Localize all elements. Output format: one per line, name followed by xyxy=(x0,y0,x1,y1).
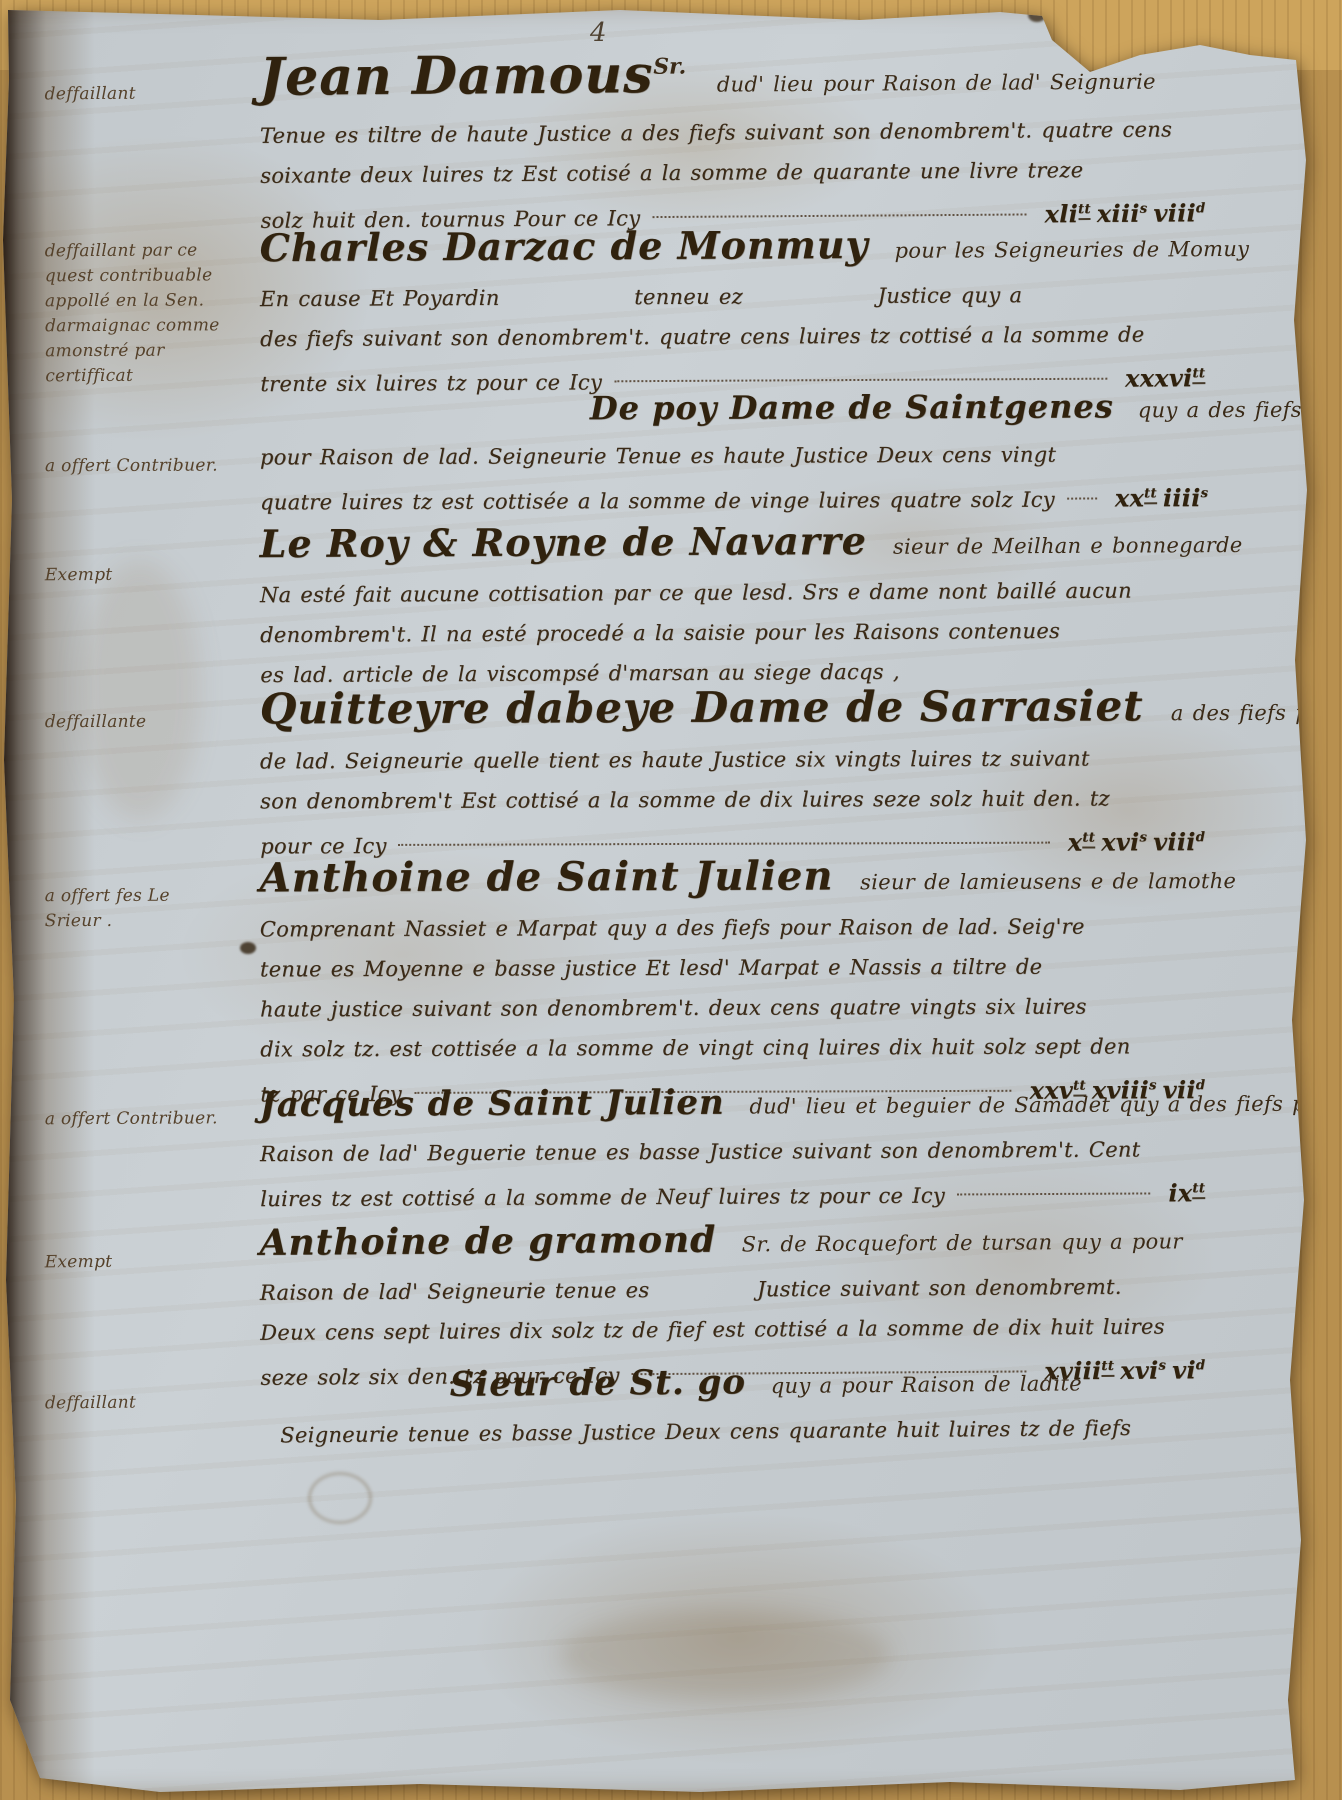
margin-note-line: deffaillant xyxy=(45,1390,257,1417)
entry-heading: Le Roy & Royne de Navarre xyxy=(260,518,867,566)
dotted-leader xyxy=(957,1192,1150,1195)
entry-heading-continuation: quy a pour Raison de ladite xyxy=(771,1371,1082,1398)
entry-heading-continuation: dud' lieu et beguier de Samadet quy a de… xyxy=(749,1092,1325,1119)
margin-annotation: a offert Contribuer. xyxy=(45,453,257,479)
margin-note-line: darmaignac comme xyxy=(45,313,257,339)
entry-text-line: dix solz tz. est cottisée a la somme de … xyxy=(260,1026,1205,1069)
entry-total-line: quatre luires tz est cottisée a la somme… xyxy=(260,474,1205,522)
entry-heading-continuation: sieur de lamieusens e de lamothe xyxy=(860,869,1236,894)
entry-heading-row: Charles Darzac de Monmuy pour les Seigne… xyxy=(260,223,1205,269)
entry-heading: Anthoine de Saint Julien xyxy=(260,852,834,901)
entry-heading-row: De poy Dame de Saintgenes quy a des fief… xyxy=(260,390,1205,427)
register-entry: deffaillant par ce quest contribuable ap… xyxy=(45,223,1286,405)
entry-text-line: des fiefs suivant son denombrem't. quatr… xyxy=(260,314,1205,359)
entry-text-line: Deux cens sept luires dix solz tz de fie… xyxy=(260,1306,1205,1353)
margin-annotation: deffaillant par ce quest contribuable ap… xyxy=(45,238,258,389)
margin-note-line: Srieur . xyxy=(45,908,257,934)
entry-total-text: luires tz est cottisé a la somme de Neuf… xyxy=(260,1175,945,1219)
margin-annotation: deffaillant xyxy=(45,1390,257,1417)
entry-heading-continuation: pour les Seigneuries de Momuy xyxy=(895,237,1250,263)
entry-text-line: son denombrem't Est cottisé a la somme d… xyxy=(260,778,1205,821)
dotted-leader xyxy=(1067,497,1097,499)
entry-heading-row: Quitteyre dabeye Dame de Sarrasiet a des… xyxy=(260,684,1205,731)
entry-heading-continuation: Sr. de Rocquefort de tursan quy a pour xyxy=(742,1229,1183,1256)
margin-annotation: Exempt xyxy=(45,1249,257,1275)
dotted-leader xyxy=(614,378,1107,383)
margin-annotation: a offert Contribuer. xyxy=(45,1106,257,1132)
entry-heading-row: Jacques de Saint Julien dud' lieu et beg… xyxy=(260,1083,1205,1124)
entry-heading: Jacques de Saint Julien xyxy=(260,1083,725,1125)
entry-heading-row: Jean DamousSr. dud' lieu pour Raison de … xyxy=(259,44,1204,105)
margin-note-line: a offert fes Le xyxy=(45,883,257,909)
handwritten-content: 4 deffaillant Jean DamousSr. dud' lieu p… xyxy=(0,0,1342,1800)
entry-heading-continuation: sieur de Meilhan e bonnegarde xyxy=(893,533,1243,559)
entry-heading-row: Anthoine de Saint Julien sieur de lamieu… xyxy=(260,854,1205,899)
dotted-leader xyxy=(652,213,1026,218)
register-entry: a offert Contribuer. Jacques de Saint Ju… xyxy=(45,1083,1286,1220)
margin-annotation: a offert fes Le Srieur . xyxy=(45,883,257,934)
register-entry: deffaillante Quitteyre dabeye Dame de Sa… xyxy=(45,684,1286,867)
entry-heading-row: Sieur de St. go quy a pour Raison de lad… xyxy=(260,1361,1205,1405)
paper-sheet-wrap: 4 deffaillant Jean DamousSr. dud' lieu p… xyxy=(0,0,1342,1800)
register-entry: a offert fes Le Srieur . Anthoine de Sai… xyxy=(45,854,1286,1115)
margin-note-line: deffaillant par ce xyxy=(45,238,257,264)
entry-body: Quitteyre dabeye Dame de Sarrasiet a des… xyxy=(260,684,1206,866)
entry-text-line: Na esté fait aucune cottisation par ce q… xyxy=(260,570,1205,615)
entry-heading-row: Anthoine de gramond Sr. de Rocquefort de… xyxy=(259,1218,1204,1262)
entry-heading: Quitteyre dabeye Dame de Sarrasiet xyxy=(260,681,1144,733)
register-entry: deffaillant Jean DamousSr. dud' lieu pou… xyxy=(44,44,1285,242)
entry-body: Charles Darzac de Monmuy pour les Seigne… xyxy=(260,223,1206,404)
margin-note-line: a offert Contribuer. xyxy=(45,453,257,479)
margin-annotation: deffaillante xyxy=(45,709,257,735)
entry-heading: Charles Darzac de Monmuy xyxy=(260,222,869,270)
entry-heading-continuation: dud' lieu pour Raison de lad' Seignurie xyxy=(717,70,1156,97)
entry-text-line: Seigneurie tenue es basse Justice Deux c… xyxy=(260,1407,1205,1455)
entry-text-line: de lad. Seigneurie quelle tient es haute… xyxy=(260,738,1205,781)
entry-text-line: denombrem't. Il na esté procedé a la sai… xyxy=(260,610,1205,655)
margin-annotation: deffaillant xyxy=(45,81,257,107)
entry-text-line: tenue es Moyenne e basse justice Et lesd… xyxy=(260,946,1205,989)
register-entry: deffaillant Sieur de St. go quy a pour R… xyxy=(45,1361,1286,1458)
entry-amount: ixtt xyxy=(1162,1169,1205,1213)
entry-text-line: soixante deux luires tz Est cotisé a la … xyxy=(260,149,1205,196)
entry-text-line: haute justice suivant son denombrem't. d… xyxy=(260,986,1205,1029)
paper-sheet: 4 deffaillant Jean DamousSr. dud' lieu p… xyxy=(0,0,1342,1800)
margin-note-line: a offert Contribuer. xyxy=(45,1106,257,1132)
entry-text-line: Tenue es tiltre de haute Justice a des f… xyxy=(260,109,1205,156)
dotted-leader xyxy=(399,842,1050,846)
entry-body: Jacques de Saint Julien dud' lieu et beg… xyxy=(260,1083,1206,1219)
register-entry: a offert Contribuer. De poy Dame de Sain… xyxy=(45,390,1285,523)
entry-heading: Sieur de St. go xyxy=(450,1362,747,1405)
entry-text-line: Raison de lad' Beguerie tenue es basse J… xyxy=(260,1129,1205,1174)
entry-heading: Jean Damous xyxy=(259,44,653,108)
entry-text-line: Comprenant Nassiet e Marpat quy a des fi… xyxy=(260,906,1205,949)
margin-note-line: Exempt xyxy=(45,562,257,588)
margin-annotation: Exempt xyxy=(45,562,257,588)
register-entry: Exempt Le Roy & Royne de Navarre sieur d… xyxy=(45,519,1286,696)
manuscript-photo: 4 deffaillant Jean DamousSr. dud' lieu p… xyxy=(0,0,1342,1800)
margin-note-line: amonstré par certifficat xyxy=(45,338,257,389)
entry-body: Jean DamousSr. dud' lieu pour Raison de … xyxy=(259,44,1205,240)
entry-body: De poy Dame de Saintgenes quy a des fief… xyxy=(260,390,1205,522)
entry-amount: xxttiiiis xyxy=(1109,474,1209,518)
entry-heading: Anthoine de gramond xyxy=(259,1219,716,1264)
margin-note-line: deffaillante xyxy=(45,709,257,735)
entry-text-line: pour Raison de lad. Seigneurie Tenue es … xyxy=(260,434,1205,477)
entry-total-line: luires tz est cottisé a la somme de Neuf… xyxy=(260,1169,1205,1219)
entry-body: Le Roy & Royne de Navarre sieur de Meilh… xyxy=(260,519,1206,695)
entry-heading-continuation: a des fiefs po. Raison xyxy=(1171,700,1342,725)
entry-heading-row: Le Roy & Royne de Navarre sieur de Meilh… xyxy=(260,519,1205,565)
margin-note-line: deffaillant xyxy=(45,81,257,107)
entry-heading: De poy Dame de Saintgenes xyxy=(590,387,1114,427)
entry-heading-superscript: Sr. xyxy=(653,54,686,80)
entry-total-text: quatre luires tz est cottisée a la somme… xyxy=(260,479,1055,522)
margin-note-line: appollé en la Sen. xyxy=(45,288,257,314)
margin-note-line: quest contribuable xyxy=(45,263,257,289)
entry-text-line: En cause Et Poyardin tenneu ez Justice q… xyxy=(260,274,1205,319)
entry-text-line: Raison de lad' Seigneurie tenue es Justi… xyxy=(260,1266,1205,1313)
margin-note-line: Exempt xyxy=(45,1249,257,1275)
entry-body: Anthoine de Saint Julien sieur de lamieu… xyxy=(260,854,1206,1114)
entry-heading-continuation: quy a des fiefs xyxy=(1138,398,1302,423)
entry-body: Sieur de St. go quy a pour Raison de lad… xyxy=(260,1361,1206,1455)
